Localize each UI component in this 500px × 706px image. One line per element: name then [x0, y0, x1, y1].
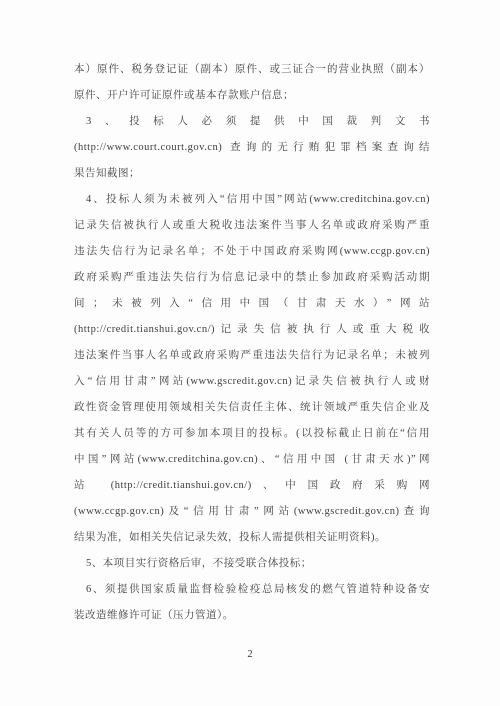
text-line: 果告知截图；	[74, 161, 430, 187]
text-line: 5、本项目实行资格后审，不接受联合体投标；	[74, 551, 430, 577]
document-text-block: 本）原件、税务登记证（副本）原件、或三证合一的营业执照（副本） 原件、开户许可证…	[74, 57, 430, 629]
text-line: 结果为准，如相关失信记录失效，投标人需提供相关证明资料)。	[74, 525, 430, 551]
text-line: 原件、开户许可证原件或基本存款账户信息；	[74, 83, 430, 109]
text-line: 本）原件、税务登记证（副本）原件、或三证合一的营业执照（副本）	[74, 57, 430, 83]
text-line: 违法失信行为记录名单；不处于中国政府采购网(www.ccgp.gov.cn)	[74, 239, 430, 265]
text-line: 间；未被列入“信用中国（甘肃天水）”网站	[74, 291, 430, 317]
text-line: 记录失信被执行人或重大税收违法案件当事人名单或政府采购严重	[74, 213, 430, 239]
document-page: 本）原件、税务登记证（副本）原件、或三证合一的营业执照（副本） 原件、开户许可证…	[0, 0, 500, 706]
text-line: 政性资金管理使用领域相关失信责任主体、统计领域严重失信企业及	[74, 395, 430, 421]
text-line: 违法案件当事人名单或政府采购严重违法失信行为记录名单；未被列	[74, 343, 430, 369]
text-line: 入“信用甘肃”网站(www.gscredit.gov.cn)记录失信被执行人或财	[74, 369, 430, 395]
text-line: 6、须提供国家质量监督检验检疫总局核发的燃气管道特种设备安	[74, 577, 430, 603]
text-line: 装改造维修许可证（压力管道）。	[74, 603, 430, 629]
text-line: (www.ccgp.gov.cn)及“信用甘肃”网站(www.gscredit.…	[74, 499, 430, 525]
text-line: 3、投标人必须提供中国裁判文书	[74, 109, 430, 135]
text-line: (http://www.court.court.gov.cn) 查询的无行贿犯罪…	[74, 135, 430, 161]
text-line: 其有关人员等的方可参加本项目的投标。(以投标截止日前在“信用	[74, 421, 430, 447]
text-line: (http://credit.tianshui.gov.cn/)记录失信被执行人…	[74, 317, 430, 343]
text-line: 4、投标人须为未被列入“信用中国”网站(www.creditchina.gov.…	[74, 187, 430, 213]
text-line: 中国”网站(www.creditchina.gov.cn)、“信用中国 (甘肃天…	[74, 447, 430, 473]
text-line: 政府采购严重违法失信行为信息记录中的禁止参加政府采购活动期	[74, 265, 430, 291]
text-line: 站 (http://credit.tianshui.gov.cn/)、中国政府采…	[74, 473, 430, 499]
page-number: 2	[0, 649, 500, 660]
